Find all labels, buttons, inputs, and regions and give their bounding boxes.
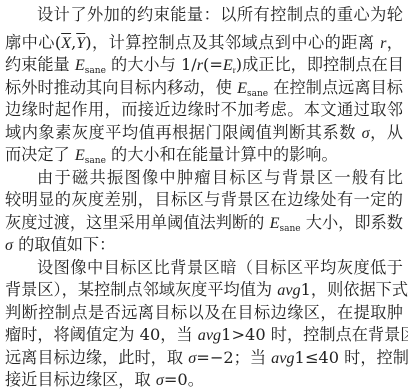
text: =0。 [164,370,204,389]
text: 域内象素灰度平均值再根据门限阈值判断其系数 [5,123,362,142]
text-line: 瘤时，将阈值定为 40，当 avg1>40 时，控制点在背景区并 [5,324,403,346]
text: 背景区），某控制点邻域灰度平均值为 [5,280,277,299]
text-line: 背景区），某控制点邻域灰度平均值为 avg1，则依据下式 [5,279,403,301]
math-E: E [75,56,85,74]
text: >40 时，控制点在背景区并 [231,325,408,344]
text: ，则依据下式 [311,280,408,299]
text: 约束能量 [5,55,75,74]
text: )，计算控制点及其邻域点到中心的距离 [85,33,380,52]
text-line: 较明显的灰度差别，目标区与背景区在边缘处有一定的 [5,189,403,211]
text: 而决定了 [5,145,75,164]
text: 瘤时，将阈值定为 40，当 [5,325,198,344]
text: 大小，即系数 [301,213,403,232]
text: )成正比，即控制点在目 [236,55,404,74]
text: 的取值如下： [13,235,115,254]
text: 1 [295,348,305,367]
text-line: 接近目标边缘区，取 σ=0。 [5,369,403,391]
math-E: E [75,146,85,164]
text: 灰度过渡，这里采用单阈值法判断的 [5,213,270,232]
text-line: 远离目标边缘，此时，取 σ=−2；当 avg1≤40 时，控制点 [5,347,403,369]
math-avg: avg [277,281,300,299]
math-subscript: sane [247,89,268,99]
math-E: E [223,56,233,74]
text: ，从 [370,123,403,142]
text: 在控制点远离目标 [268,78,403,97]
text: 较明显的灰度差别，目标区与背景区在边缘处有一定的 [5,190,403,209]
math-sigma: σ [5,236,13,254]
text: 接近目标边缘区，取 [5,370,156,389]
text-line: 设图像中目标区比背景区暗（目标区平均灰度低于 [37,257,403,279]
text-line: 廓中心(X,Y)，计算控制点及其邻域点到中心的距离 r， [5,32,403,54]
math-E: E [270,214,280,232]
math-subscript: sane [85,66,106,76]
text: 标外时推动其向目标内移动，使 [5,78,237,97]
math-avg: avg [198,326,221,344]
text-line: 灰度过渡，这里采用单阈值法判断的 Esane 大小，即系数 [5,212,403,234]
text-line: 域内象素灰度平均值再根据门限阈值判断其系数 σ，从 [5,122,403,144]
text: 边缘时起作用，而接近边缘时不加考虑。本文通过取邻 [5,100,403,119]
text: (= [203,55,223,74]
text: ， [386,33,403,52]
math-subscript: sane [279,224,300,234]
text: 1 [221,325,231,344]
math-subscript: sane [85,156,106,166]
text: 1 [301,280,311,299]
math-avg: avg [271,349,294,367]
text: 的大小和在能量计算中的影响。 [106,145,338,164]
math-sigma: σ [188,349,196,367]
math-x-bar: X [61,34,71,52]
text: 设计了外加的约束能量：以所有控制点的重心为轮 [37,5,403,24]
text-line: 边缘时起作用，而接近边缘时不加考虑。本文通过取邻 [5,99,403,121]
text-line: 而决定了 Esane 的大小和在能量计算中的影响。 [5,144,403,166]
text: 判断控制点是否远离目标以及在目标边缘区，在提取肿 [5,303,403,322]
math-sigma: σ [362,124,370,142]
text-line: 由于磁共振图像中肿瘤目标区与背景区一般有比 [37,167,403,189]
text-line: 约束能量 Esane 的大小与 1/r(=Er)成正比，即控制点在目 [5,54,403,76]
text-line: 标外时推动其向目标内移动，使 Esane 在控制点远离目标 [5,77,403,99]
text: =−2；当 [196,348,271,367]
math-sigma: σ [156,371,164,389]
text-line: 判断控制点是否远离目标以及在目标边缘区，在提取肿 [5,302,403,324]
text: 设图像中目标区比背景区暗（目标区平均灰度低于 [37,258,403,277]
text-line: σ 的取值如下： [5,234,403,256]
text-line: 设计了外加的约束能量：以所有控制点的重心为轮 [37,4,403,26]
math-y-bar: Y [76,34,85,52]
text: ≤40 时，控制点 [305,348,408,367]
math-E: E [237,79,247,97]
text: 远离目标边缘，此时，取 [5,348,188,367]
text: 由于磁共振图像中肿瘤目标区与背景区一般有比 [37,168,403,187]
text: 廓中心( [5,33,61,52]
text: 的大小与 1/ [106,55,197,74]
